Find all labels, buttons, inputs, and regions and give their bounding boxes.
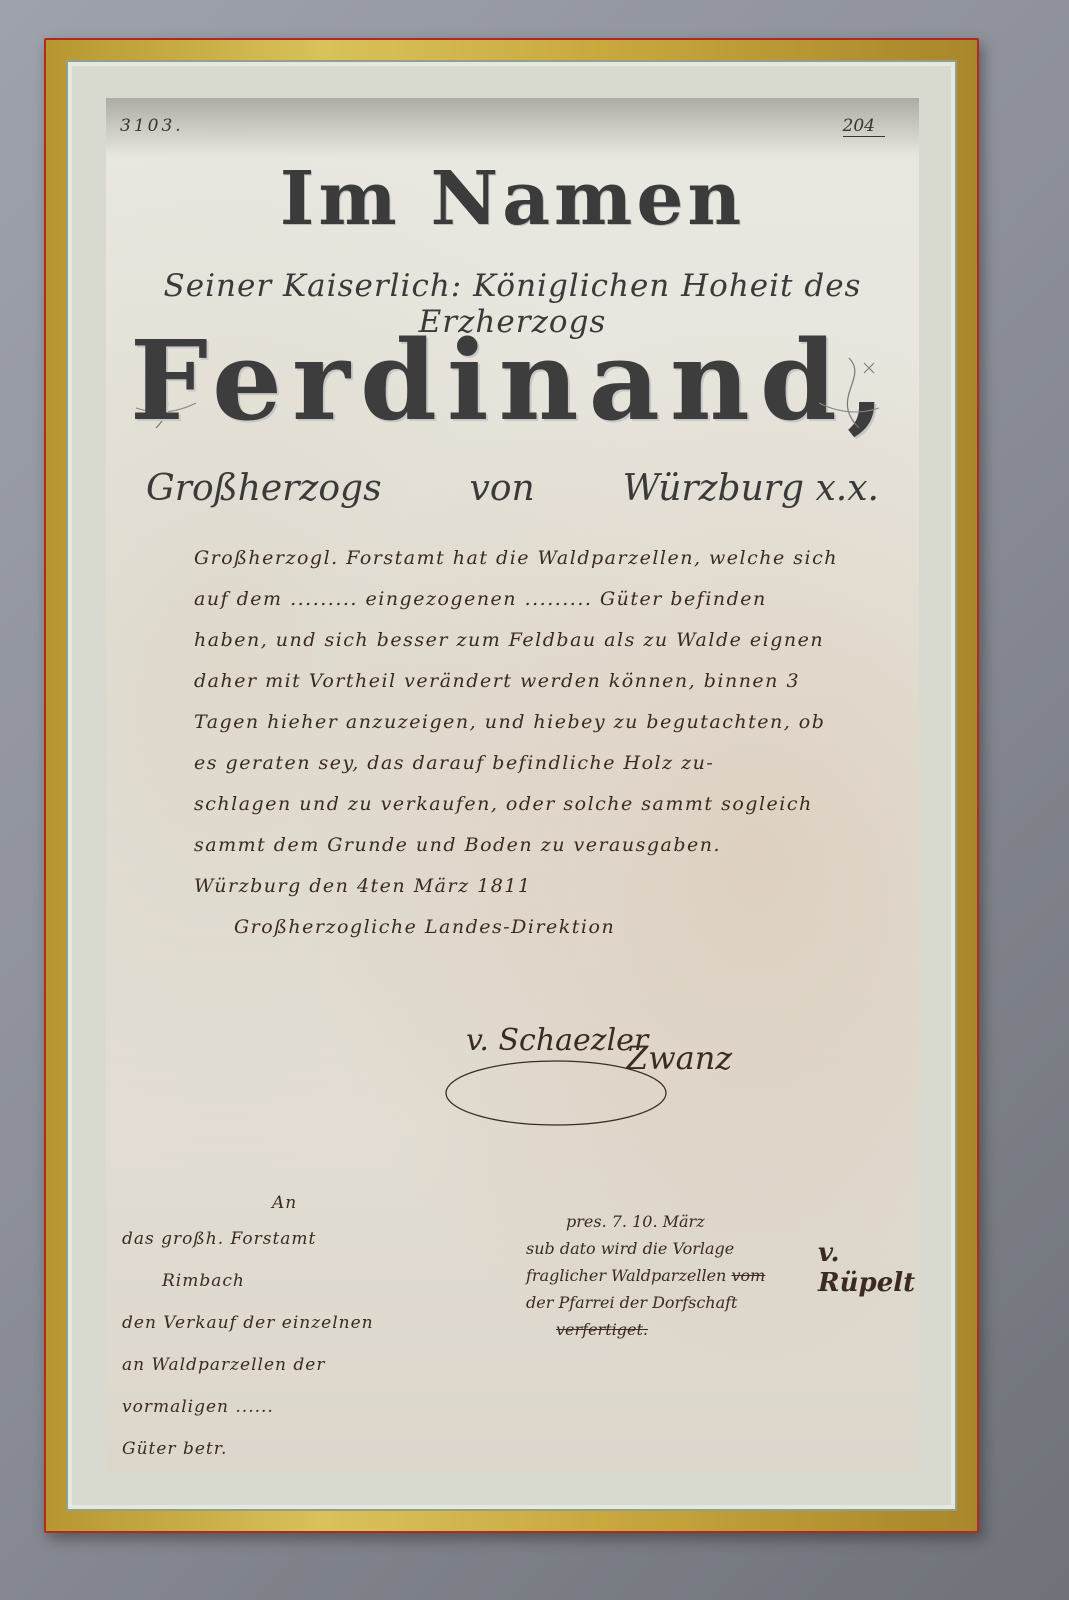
address-block: An das großh. Forstamt Rimbach den Verka…: [122, 1188, 422, 1473]
note-struck-text: vom: [731, 1266, 765, 1285]
floral-flourish-icon: [809, 348, 889, 438]
body-line: haben, und sich besser zum Feldbau als z…: [194, 620, 899, 661]
note-text: fraglicher Waldparzellen: [526, 1266, 726, 1285]
archive-number: 3103.: [120, 116, 184, 136]
issuer-line: Großherzogliche Landes-Direktion: [194, 907, 899, 948]
heading-grossherzogs: Großherzogs: [146, 468, 382, 509]
address-line: an Waldparzellen der: [122, 1344, 422, 1386]
signature-first: v. Schaezler: [466, 1023, 648, 1058]
page-number: 204: [843, 116, 885, 137]
heading-von: von: [470, 468, 535, 509]
note-line: sub dato wird die Vorlage: [526, 1235, 826, 1262]
address-line: Cass.: [122, 1470, 422, 1473]
body-line: daher mit Vortheil verändert werden könn…: [194, 661, 899, 702]
body-line: es geraten sey, das darauf befindliche H…: [194, 743, 899, 784]
address-line: Güter betr.: [122, 1428, 422, 1470]
heading-im-namen: Im Namen: [106, 156, 919, 242]
body-line: auf dem ......... eingezogenen .........…: [194, 579, 899, 620]
address-line: An: [122, 1188, 422, 1218]
body-line: Tagen hieher anzuzeigen, und hiebey zu b…: [194, 702, 899, 743]
note-line: pres. 7. 10. März: [526, 1208, 826, 1235]
note-line: fraglicher Waldparzellen vom: [526, 1262, 826, 1289]
glass-shadow: [106, 98, 919, 158]
address-line: den Verkauf der einzelnen: [122, 1302, 422, 1344]
signature-second: Zwanz: [626, 1039, 732, 1077]
manuscript-paper: 3103. 204 Im Namen Seiner Kaiserlich: Kö…: [106, 98, 919, 1473]
heading-wuerzburg: Würzburg x.x.: [623, 468, 879, 509]
decree-body: Großherzogl. Forstamt hat die Waldparzel…: [194, 538, 899, 948]
receipt-note: pres. 7. 10. März sub dato wird die Vorl…: [526, 1208, 826, 1343]
note-line: verfertiget.: [526, 1316, 826, 1343]
heading-ferdinand: Ferdinand,: [106, 316, 919, 445]
note-line: der Pfarrei der Dorfschaft: [526, 1289, 826, 1316]
address-line: Rimbach: [122, 1260, 422, 1302]
picture-frame: 3103. 204 Im Namen Seiner Kaiserlich: Kö…: [44, 38, 979, 1533]
address-line: vormaligen ......: [122, 1386, 422, 1428]
date-line: Würzburg den 4ten März 1811: [194, 866, 899, 907]
address-line: das großh. Forstamt: [122, 1218, 422, 1260]
note-signature: v. Rüpelt: [818, 1238, 919, 1298]
heading-grossherzog-line: Großherzogs von Würzburg x.x.: [146, 468, 879, 509]
body-line: Großherzogl. Forstamt hat die Waldparzel…: [194, 538, 899, 579]
body-line: sammt dem Grunde und Boden zu verausgabe…: [194, 825, 899, 866]
body-line: schlagen und zu verkaufen, oder solche s…: [194, 784, 899, 825]
signature-block: v. Schaezler Zwanz: [426, 993, 826, 1123]
frame-mat: 3103. 204 Im Namen Seiner Kaiserlich: Kö…: [66, 60, 957, 1511]
